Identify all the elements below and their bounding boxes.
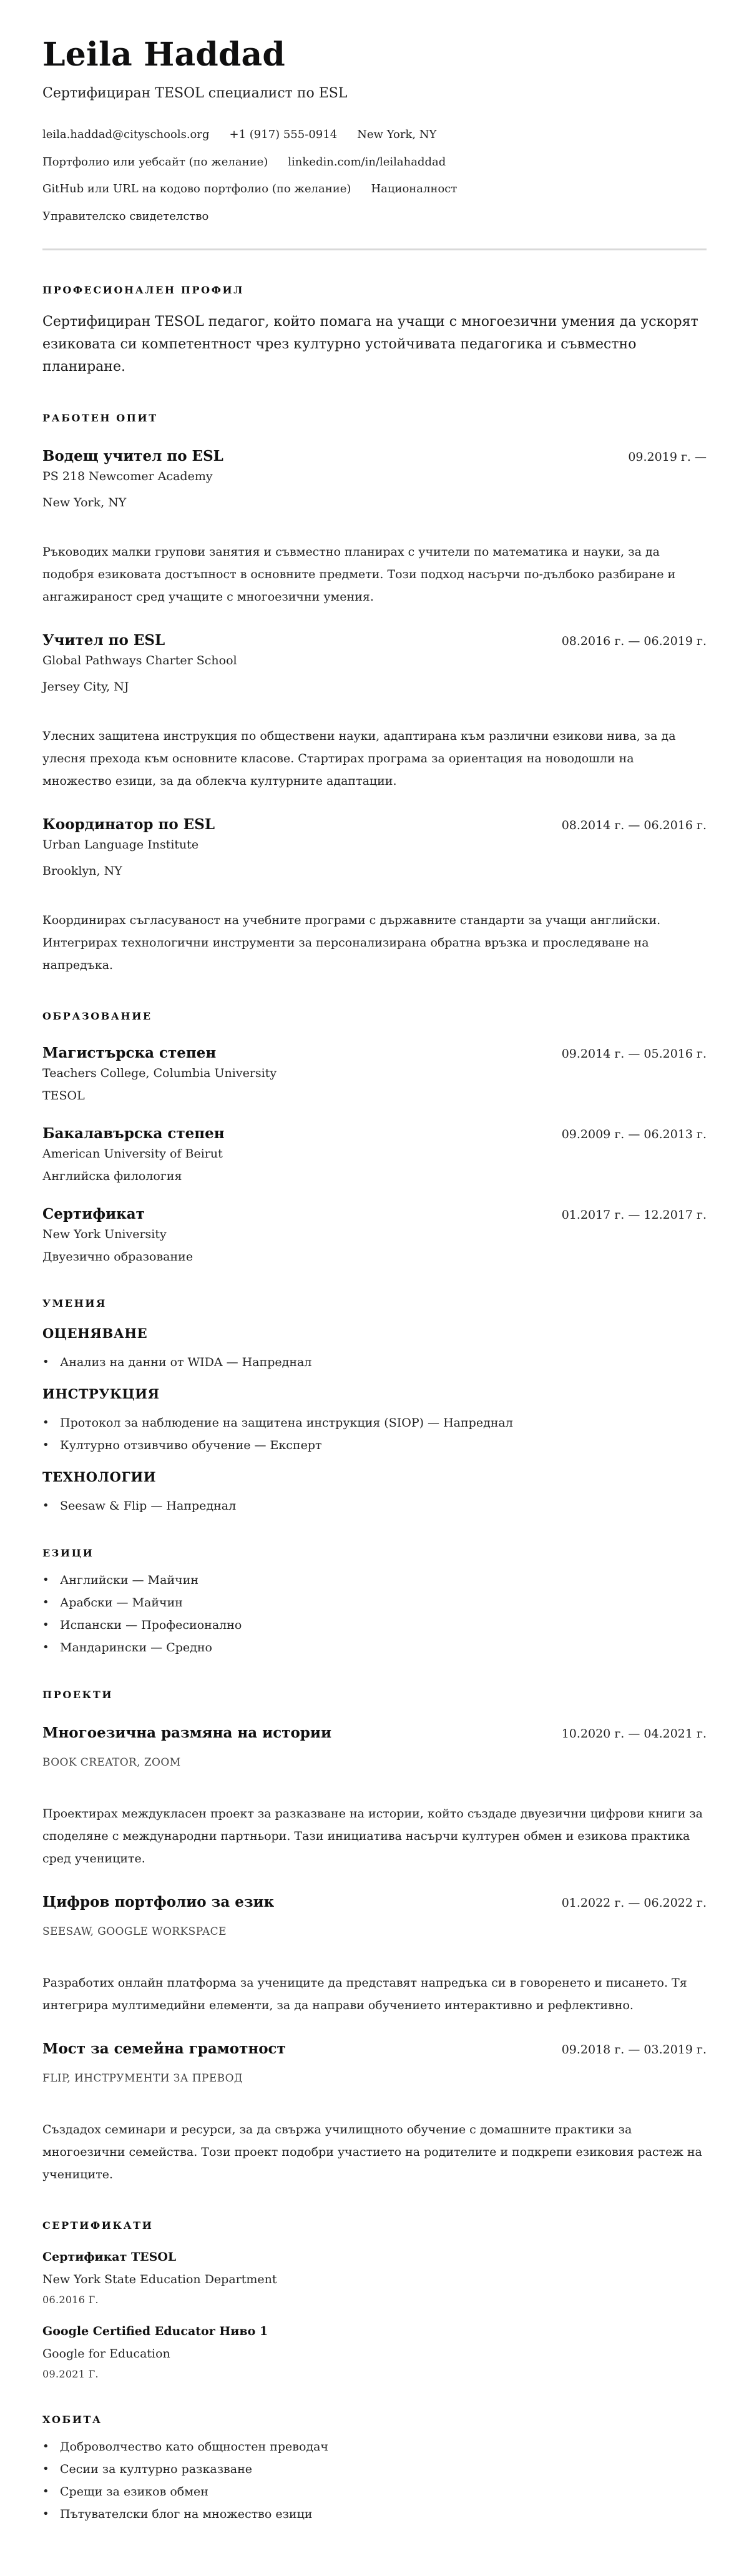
portfolio-link[interactable]: Портфолио или уебсайт (по желание) — [42, 155, 268, 169]
skill-item: Seesaw & Flip — Напреднал — [42, 1498, 707, 1513]
certification-date: 06.2016 Г. — [42, 2294, 707, 2306]
education-dates: 09.2009 г. — 06.2013 г. — [562, 1128, 707, 1141]
project-entry: Цифров портфолио за език01.2022 г. — 06.… — [42, 1894, 707, 2017]
job-description: Координирах съгласуваност на учебните пр… — [42, 909, 707, 976]
entry-header: Координатор по ESL08.2014 г. — 06.2016 г… — [42, 816, 707, 833]
nationality: Националност — [371, 182, 457, 196]
experience-entry: Учител по ESL08.2016 г. — 06.2019 г.Glob… — [42, 632, 707, 792]
skill-item: Културно отзивчиво обучение — Експерт — [42, 1438, 707, 1453]
projects-section: ПРОЕКТИ Многоезична размяна на истории10… — [42, 1689, 707, 2186]
education-dates: 01.2017 г. — 12.2017 г. — [562, 1208, 707, 1222]
section-title: ОБРАЗОВАНИЕ — [42, 1010, 707, 1022]
skill-group: ИНСТРУКЦИЯПротокол за наблюдение на защи… — [42, 1386, 707, 1453]
entry-header: Сертификат01.2017 г. — 12.2017 г. — [42, 1206, 707, 1222]
email[interactable]: leila.haddad@cityschools.org — [42, 127, 210, 142]
section-title: ПРОЕКТИ — [42, 1689, 707, 1701]
hobby-item: Сесии за културно разказване — [42, 2462, 707, 2477]
section-title: РАБОТЕН ОПИТ — [42, 412, 707, 424]
github-link[interactable]: GitHub или URL на кодово портфолио (по ж… — [42, 182, 351, 196]
project-tech: BOOK CREATOR, ZOOM — [42, 1756, 707, 1769]
resume-header: Leila Haddad Сертифициран TESOL специали… — [42, 36, 707, 224]
languages-list: Английски — МайчинАрабски — МайчинИспанс… — [42, 1573, 707, 1655]
hobbies-section: ХОБИТА Доброволчество като общностен пре… — [42, 2414, 707, 2522]
language-item: Английски — Майчин — [42, 1573, 707, 1588]
degree: Сертификат — [42, 1206, 145, 1222]
project-name: Многоезична размяна на истории — [42, 1724, 331, 1741]
education-entry: Магистърска степен09.2014 г. — 05.2016 г… — [42, 1045, 707, 1103]
contact-line: Управителско свидетелство — [42, 209, 707, 224]
entry-header: Водещ учител по ESL09.2019 г. — — [42, 448, 707, 465]
skills-section: УМЕНИЯ ОЦЕНЯВАНЕАнализ на данни от WIDA … — [42, 1297, 707, 1513]
entry-header: Мост за семейна грамотност09.2018 г. — 0… — [42, 2040, 707, 2057]
section-title: СЕРТИФИКАТИ — [42, 2220, 707, 2231]
hobbies-list: Доброволчество като общностен преводачСе… — [42, 2439, 707, 2522]
skill-group-title: ИНСТРУКЦИЯ — [42, 1386, 707, 1402]
job-title: Учител по ESL — [42, 632, 165, 649]
language-item: Мандарински — Средно — [42, 1640, 707, 1655]
phone[interactable]: +1 (917) 555-0914 — [230, 127, 338, 142]
project-dates: 10.2020 г. — 04.2021 г. — [562, 1727, 707, 1741]
certifications-section: СЕРТИФИКАТИ Сертификат TESOLNew York Sta… — [42, 2220, 707, 2380]
languages-section: ЕЗИЦИ Английски — МайчинАрабски — Майчин… — [42, 1547, 707, 1655]
entry-header: Многоезична размяна на истории10.2020 г.… — [42, 1724, 707, 1741]
summary-text: Сертифициран TESOL педагог, който помага… — [42, 311, 707, 378]
school: Teachers College, Columbia University — [42, 1066, 707, 1080]
skill-list: Протокол за наблюдение на защитена инстр… — [42, 1415, 707, 1453]
school: New York University — [42, 1227, 707, 1241]
education-entry: Сертификат01.2017 г. — 12.2017 г.New Yor… — [42, 1206, 707, 1264]
hobby-item: Срещи за езиков обмен — [42, 2484, 707, 2499]
contact-line: leila.haddad@cityschools.org +1 (917) 55… — [42, 127, 707, 142]
section-title: ПРОФЕСИОНАЛЕН ПРОФИЛ — [42, 284, 707, 296]
entry-header: Магистърска степен09.2014 г. — 05.2016 г… — [42, 1045, 707, 1061]
project-tech: SEESAW, GOOGLE WORKSPACE — [42, 1925, 707, 1938]
certification-entry: Google Certified Educator Ниво 1Google f… — [42, 2324, 707, 2380]
experience-section: РАБОТЕН ОПИТ Водещ учител по ESL09.2019 … — [42, 412, 707, 976]
project-tech: FLIP, ИНСТРУМЕНТИ ЗА ПРЕВОД — [42, 2072, 707, 2085]
entry-header: Цифров портфолио за език01.2022 г. — 06.… — [42, 1894, 707, 1910]
section-title: ХОБИТА — [42, 2414, 707, 2426]
skill-group: ТЕХНОЛОГИИSeesaw & Flip — Напреднал — [42, 1469, 707, 1513]
job-dates: 08.2014 г. — 06.2016 г. — [562, 819, 707, 832]
employer: Global Pathways Charter School — [42, 654, 707, 667]
skill-item: Протокол за наблюдение на защитена инстр… — [42, 1415, 707, 1430]
entry-header: Учител по ESL08.2016 г. — 06.2019 г. — [42, 632, 707, 649]
job-dates: 08.2016 г. — 06.2019 г. — [562, 634, 707, 648]
project-description: Разработих онлайн платформа за учениците… — [42, 1972, 707, 2017]
location: New York, NY — [357, 127, 436, 142]
field-of-study: Двуезично образование — [42, 1250, 707, 1264]
job-dates: 09.2019 г. — — [628, 450, 707, 464]
header-divider — [42, 248, 707, 250]
project-entry: Мост за семейна грамотност09.2018 г. — 0… — [42, 2040, 707, 2186]
hobby-item: Пътувателски блог на множество езици — [42, 2507, 707, 2522]
field-of-study: Английска филология — [42, 1169, 707, 1183]
skill-group: ОЦЕНЯВАНЕАнализ на данни от WIDA — Напре… — [42, 1325, 707, 1370]
headline: Сертифициран TESOL специалист по ESL — [42, 85, 707, 103]
summary-section: ПРОФЕСИОНАЛЕН ПРОФИЛ Сертифициран TESOL … — [42, 284, 707, 378]
job-description: Улесних защитена инструкция по обществен… — [42, 725, 707, 792]
section-title: УМЕНИЯ — [42, 1297, 707, 1309]
hobby-item: Доброволчество като общностен преводач — [42, 2439, 707, 2454]
linkedin-link[interactable]: linkedin.com/in/leilahaddad — [288, 155, 446, 169]
certification-issuer: Google for Education — [42, 2347, 707, 2361]
job-location: New York, NY — [42, 496, 707, 509]
project-dates: 09.2018 г. — 03.2019 г. — [562, 2043, 707, 2057]
project-name: Мост за семейна грамотност — [42, 2040, 286, 2057]
degree: Магистърска степен — [42, 1045, 216, 1061]
language-item: Испански — Професионално — [42, 1618, 707, 1633]
school: American University of Beirut — [42, 1147, 707, 1161]
job-location: Jersey City, NJ — [42, 680, 707, 694]
skill-item: Анализ на данни от WIDA — Напреднал — [42, 1355, 707, 1370]
project-name: Цифров портфолио за език — [42, 1894, 274, 1910]
experience-entry: Водещ учител по ESL09.2019 г. —PS 218 Ne… — [42, 448, 707, 608]
skill-group-title: ТЕХНОЛОГИИ — [42, 1469, 707, 1485]
degree: Бакалавърска степен — [42, 1125, 225, 1142]
language-item: Арабски — Майчин — [42, 1595, 707, 1610]
contact-line: GitHub или URL на кодово портфолио (по ж… — [42, 182, 707, 196]
contact-line: Портфолио или уебсайт (по желание) linke… — [42, 155, 707, 169]
section-title: ЕЗИЦИ — [42, 1547, 707, 1559]
drivers-license: Управителско свидетелство — [42, 209, 208, 224]
resume-page: Leila Haddad Сертифициран TESOL специали… — [0, 0, 749, 2559]
field-of-study: TESOL — [42, 1089, 707, 1103]
job-title: Водещ учител по ESL — [42, 448, 223, 465]
job-description: Ръководих малки групови занятия и съвмес… — [42, 541, 707, 608]
skill-list: Анализ на данни от WIDA — Напреднал — [42, 1355, 707, 1370]
employer: Urban Language Institute — [42, 838, 707, 852]
experience-entry: Координатор по ESL08.2014 г. — 06.2016 г… — [42, 816, 707, 976]
education-entry: Бакалавърска степен09.2009 г. — 06.2013 … — [42, 1125, 707, 1183]
employer: PS 218 Newcomer Academy — [42, 469, 707, 483]
education-section: ОБРАЗОВАНИЕ Магистърска степен09.2014 г.… — [42, 1010, 707, 1264]
certification-date: 09.2021 Г. — [42, 2368, 707, 2380]
project-entry: Многоезична размяна на истории10.2020 г.… — [42, 1724, 707, 1870]
entry-header: Бакалавърска степен09.2009 г. — 06.2013 … — [42, 1125, 707, 1142]
job-title: Координатор по ESL — [42, 816, 215, 833]
skill-list: Seesaw & Flip — Напреднал — [42, 1498, 707, 1513]
project-description: Създадох семинари и ресурси, за да свърж… — [42, 2118, 707, 2186]
certification-name: Сертификат TESOL — [42, 2250, 707, 2264]
candidate-name: Leila Haddad — [42, 36, 707, 74]
certification-entry: Сертификат TESOLNew York State Education… — [42, 2250, 707, 2306]
project-description: Проектирах междукласен проект за разказв… — [42, 1802, 707, 1870]
project-dates: 01.2022 г. — 06.2022 г. — [562, 1896, 707, 1910]
skill-group-title: ОЦЕНЯВАНЕ — [42, 1325, 707, 1341]
certification-name: Google Certified Educator Ниво 1 — [42, 2324, 707, 2338]
education-dates: 09.2014 г. — 05.2016 г. — [562, 1047, 707, 1061]
certification-issuer: New York State Education Department — [42, 2273, 707, 2286]
job-location: Brooklyn, NY — [42, 864, 707, 878]
